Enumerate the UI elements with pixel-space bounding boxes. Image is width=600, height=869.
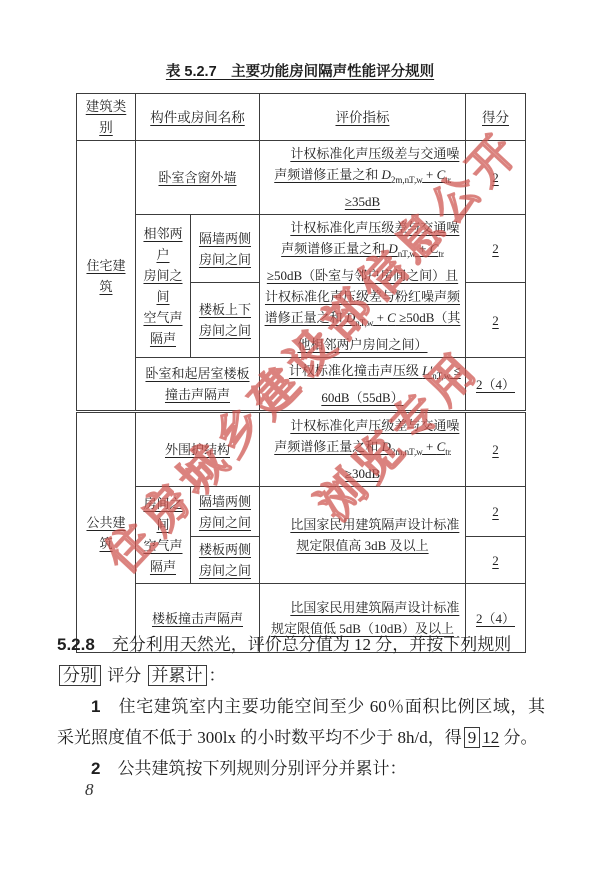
score-floor-both-sides-rooms: 2: [466, 537, 526, 584]
item-1-text: 住宅建筑室内主要功能空间至少 60％面积比例区域，其采光照度值不低于 300lx…: [57, 697, 545, 747]
table-row: 相邻两户房间之间空气声隔声 隔墙两侧房间之间 计权标准化声压级差与交通噪声频谱修…: [77, 215, 526, 283]
subcomponent-floor-upper-lower-rooms: 楼板上下房间之间: [191, 283, 260, 358]
subcomponent-partition-wall-rooms-public: 隔墙两侧房间之间: [191, 487, 260, 537]
component-building-envelope: 外围护结构: [136, 412, 260, 487]
score-floor-impact-residential: 2（4）: [466, 358, 526, 412]
table-header-row: 建筑类别 构件或房间名称 评价指标 得分: [77, 94, 526, 141]
col-header-building-category: 建筑类别: [77, 94, 136, 141]
sound-insulation-score-table: 建筑类别 构件或房间名称 评价指标 得分 住宅建筑 卧室含窗外墙 计权标准化声压…: [76, 93, 526, 653]
col-header-evaluation-indicator: 评价指标: [260, 94, 466, 141]
component-rooms-airborne-public: 房间之间空气声隔声: [136, 487, 191, 584]
indicator-bedroom-exterior-wall: 计权标准化声压级差与交通噪声频谱修正量之和 D2m,nT,w + Ctr ≥35…: [260, 141, 466, 215]
table-row: 公共建筑 外围护结构 计权标准化声压级差与交通噪声频谱修正量之和 D2m,nT,…: [77, 412, 526, 487]
table-row: 住宅建筑 卧室含窗外墙 计权标准化声压级差与交通噪声频谱修正量之和 D2m,nT…: [77, 141, 526, 215]
score-floor-upper-lower-rooms: 2: [466, 283, 526, 358]
indicator-adjacent-dwellings-airborne: 计权标准化声压级差与交通噪声频谱修正量之和 DnT,w + Ctr ≥50dB（…: [260, 215, 466, 358]
clause-5-2-8: 5.2.8 充分利用天然光，评价总分值为 12 分，并按下列规则 分别 评分 并…: [57, 629, 545, 691]
clause-intro-text: 充分利用天然光，评价总分值为 12 分，并按下列规则: [95, 635, 512, 654]
clause-block: 5.2.8 充分利用天然光，评价总分值为 12 分，并按下列规则 分别 评分 并…: [57, 629, 545, 784]
component-bedroom-livingroom-floor-impact: 卧室和起居室楼板撞击声隔声: [136, 358, 260, 412]
clause-item-1: 1 住宅建筑室内主要功能空间至少 60％面积比例区域，其采光照度值不低于 300…: [57, 691, 545, 753]
clause-number: 5.2.8: [57, 635, 95, 654]
col-header-score: 得分: [466, 94, 526, 141]
table-row: 房间之间空气声隔声 隔墙两侧房间之间 比国家民用建筑隔声设计标准规定限值高 3d…: [77, 487, 526, 537]
category-cell-public: 公共建筑: [77, 412, 136, 653]
subcomponent-partition-wall-rooms: 隔墙两侧房间之间: [191, 215, 260, 283]
clause-intro-line2: 分别 评分 并累计：: [57, 660, 545, 691]
category-cell-residential: 住宅建筑: [77, 141, 136, 412]
indicator-floor-impact-residential: 计权标准化撞击声压级 L′nT,w ≤ 60dB（55dB）: [260, 358, 466, 412]
indicator-rooms-airborne-public: 比国家民用建筑隔声设计标准规定限值高 3dB 及以上: [260, 487, 466, 584]
component-adjacent-dwellings-airborne: 相邻两户房间之间空气声隔声: [136, 215, 191, 358]
score-partition-wall-rooms-public: 2: [466, 487, 526, 537]
subcomponent-floor-both-sides-rooms: 楼板两侧房间之间: [191, 537, 260, 584]
item-2-text: 公共建筑按下列规则分别评分并累计：: [100, 759, 406, 778]
score-building-envelope: 2: [466, 412, 526, 487]
score-bedroom-exterior-wall: 2: [466, 141, 526, 215]
table-title-text: 表 5.2.7 主要功能房间隔声性能评分规则: [166, 64, 434, 80]
indicator-building-envelope: 计权标准化声压级差与交通噪声频谱修正量之和 D2m,nT,w + Ctr ≥30…: [260, 412, 466, 487]
page-number: 8: [85, 780, 94, 800]
document-page: 住房城乡建设部信息公开 浏览专用 表 5.2.7 主要功能房间隔声性能评分规则 …: [0, 0, 600, 869]
col-header-component-or-room: 构件或房间名称: [136, 94, 260, 141]
table-row: 卧室和起居室楼板撞击声隔声 计权标准化撞击声压级 L′nT,w ≤ 60dB（5…: [77, 358, 526, 412]
component-bedroom-exterior-wall: 卧室含窗外墙: [136, 141, 260, 215]
score-partition-wall-rooms: 2: [466, 215, 526, 283]
table-title: 表 5.2.7 主要功能房间隔声性能评分规则: [0, 60, 600, 81]
clause-item-2: 2 公共建筑按下列规则分别评分并累计：: [57, 753, 545, 784]
